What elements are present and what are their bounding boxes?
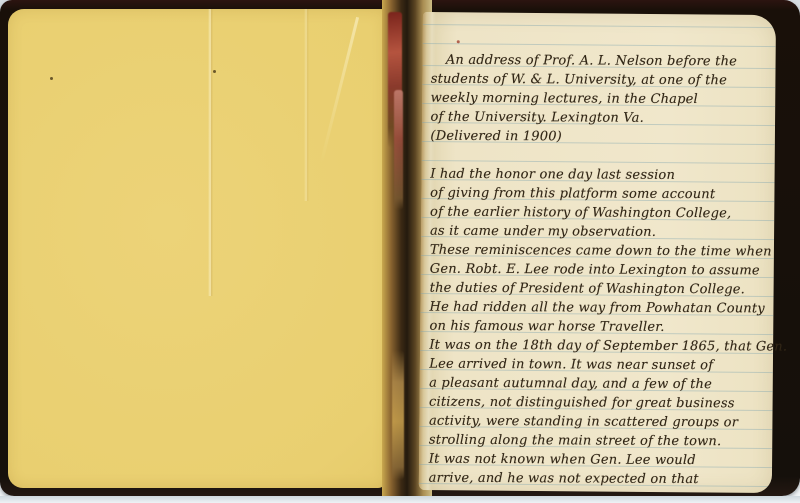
handwritten-text: An address of Prof. A. L. Nelson before …	[429, 51, 771, 490]
manuscript-line: weekly morning lectures, in the Chapel	[431, 89, 771, 110]
manuscript-line: on his famous war horse Traveller.	[429, 317, 769, 338]
scanner-background	[0, 496, 800, 503]
notebook-scan: An address of Prof. A. L. Nelson before …	[0, 0, 800, 503]
page-crease	[320, 17, 359, 163]
page-crease	[304, 9, 309, 201]
ink-speck	[457, 40, 460, 43]
manuscript-line: of giving from this platform some accoun…	[430, 184, 770, 205]
manuscript-line: It was on the 18th day of September 1865…	[429, 336, 769, 357]
manuscript-line: citizens, not distinguished for great bu…	[429, 393, 769, 414]
manuscript-line: of the earlier history of Washington Col…	[430, 203, 770, 224]
left-page-blank	[8, 9, 386, 488]
manuscript-line: the duties of President of Washington Co…	[430, 279, 770, 300]
manuscript-line: (Delivered in 1900)	[430, 127, 770, 148]
manuscript-line: as it came under my observation.	[430, 222, 770, 243]
ink-speck	[213, 70, 216, 73]
manuscript-line: students of W. & L. University, at one o…	[431, 70, 771, 91]
manuscript-line: of the University. Lexington Va.	[431, 108, 771, 129]
blank-line	[430, 146, 770, 167]
ink-speck	[50, 77, 53, 80]
manuscript-line: He had ridden all the way from Powhatan …	[430, 298, 770, 319]
right-page: An address of Prof. A. L. Nelson before …	[419, 12, 776, 493]
manuscript-line: An address of Prof. A. L. Nelson before …	[431, 51, 771, 72]
manuscript-line: Lee arrived in town. It was near sunset …	[429, 355, 769, 376]
manuscript-line: arrive, and he was not expected on that	[429, 469, 769, 490]
manuscript-line: Gen. Robt. E. Lee rode into Lexington to…	[430, 260, 770, 281]
torn-paper-remnant	[392, 350, 404, 480]
page-crease	[208, 9, 213, 296]
torn-paper-remnant	[394, 90, 403, 210]
manuscript-line: activity, were standing in scattered gro…	[429, 412, 769, 433]
manuscript-line: I had the honor one day last session	[430, 165, 770, 186]
manuscript-line: These reminiscences came down to the tim…	[430, 241, 770, 262]
manuscript-line: It was not known when Gen. Lee would	[429, 450, 769, 471]
manuscript-line: strolling along the main street of the t…	[429, 431, 769, 452]
manuscript-line: a pleasant autumnal day, and a few of th…	[429, 374, 769, 395]
